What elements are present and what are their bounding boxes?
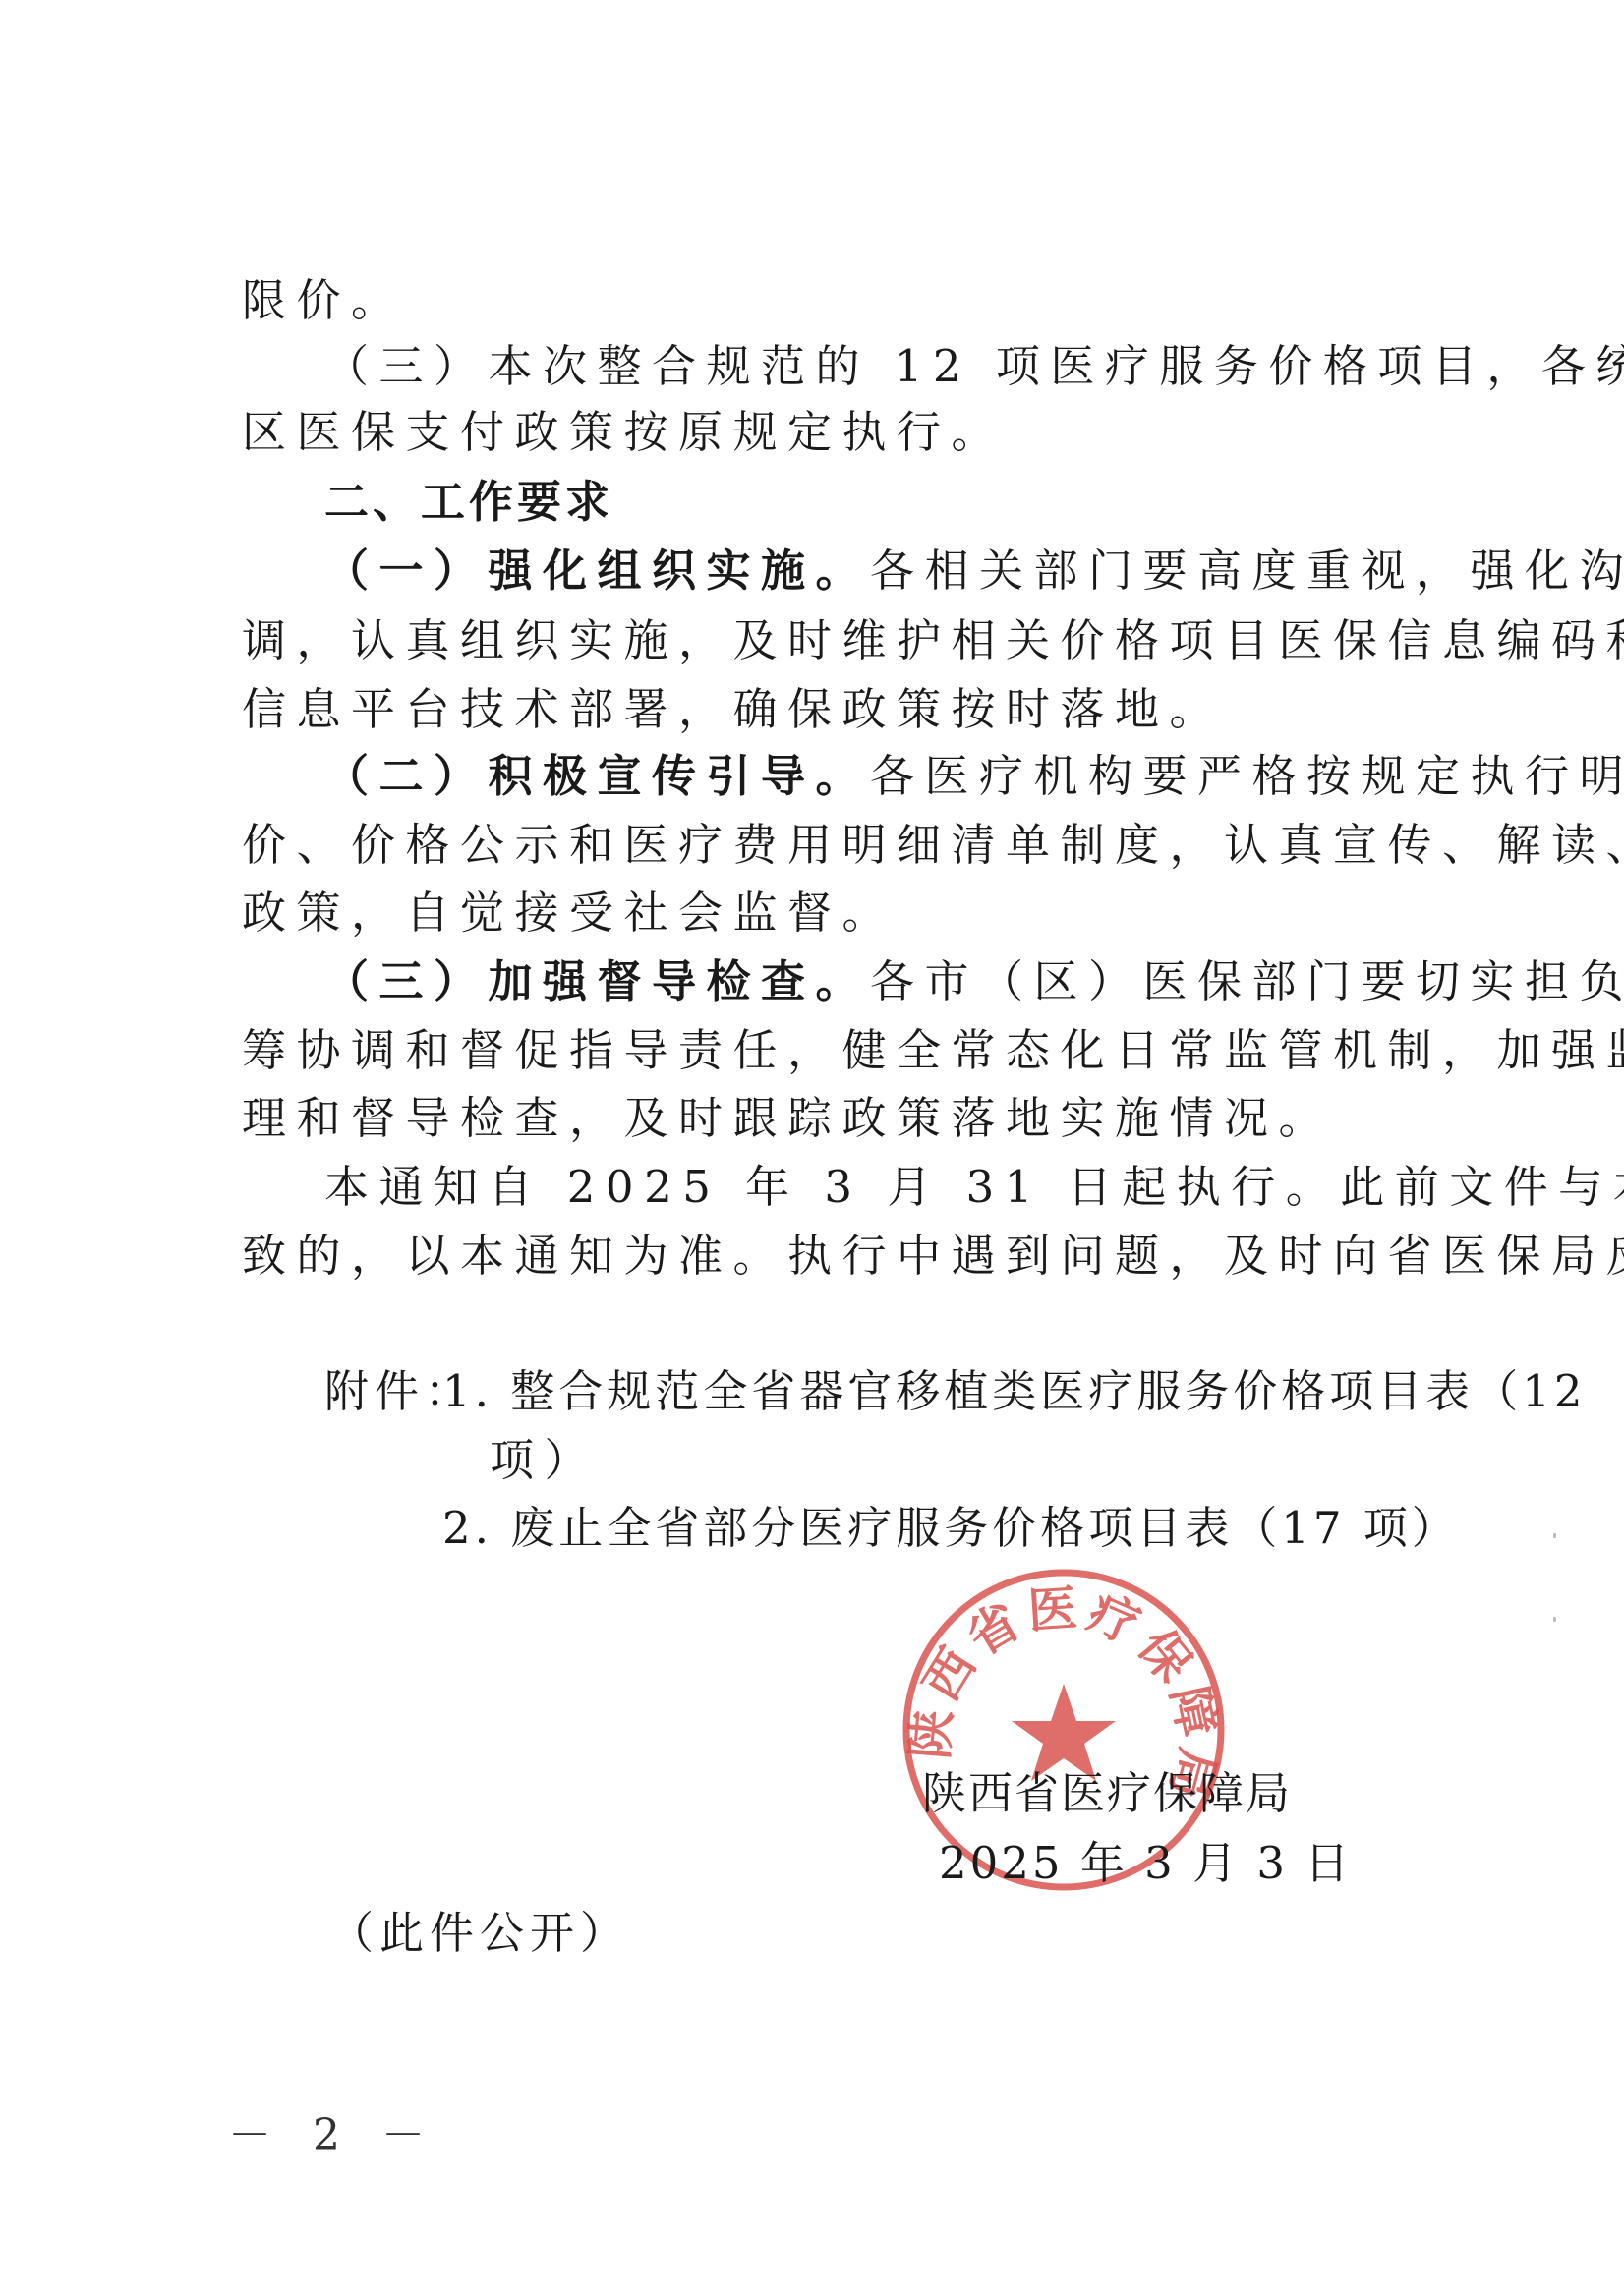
attachment-item-1[interactable]: 1. 整合规范全省器官移植类医疗服务价格项目表（12 [442,1362,1425,1421]
disclosure-note: （此件公开） [329,1904,630,1963]
effective-notice-line: 致的，以本通知为准。执行中遇到问题，及时向省医保局反馈。 [242,1227,1421,1286]
body-line: 限价。 [242,271,1421,330]
body-line: 信息平台技术部署，确保政策按时落地。 [242,680,1421,739]
page-number: － 2 － [228,2111,438,2160]
scan-artifact [1553,1533,1556,1538]
body-line: 理和督导检查，及时跟踪政策落地实施情况。 [242,1089,1421,1148]
body-line: 政策，自觉接受社会监督。 [242,884,1421,943]
effective-notice-line: 本通知自 2025 年 3 月 31 日起执行。此前文件与本通知不一 [324,1158,1504,1217]
requirement-2-lead: （二）积极宣传引导。 [324,750,870,802]
signature-date: 2025 年 3 月 3 日 [939,1834,1352,1893]
requirement-1: （一）强化组织实施。各相关部门要高度重视，强化沟通协 [324,542,1504,601]
requirement-1-lead: （一）强化组织实施。 [324,545,870,597]
requirement-3-lead: （三）加强督导检查。 [324,955,870,1007]
body-line: 价、价格公示和医疗费用明细清单制度，认真宣传、解读、执行 [242,816,1421,875]
section-heading: 二、工作要求 [324,473,1504,532]
requirement-2: （二）积极宣传引导。各医疗机构要严格按规定执行明码标 [324,747,1504,806]
body-line: （三）本次整合规范的 12 项医疗服务价格项目，各统筹地 [324,337,1504,396]
requirement-3-text: 各市（区）医保部门要切实担负起统 [870,955,1624,1007]
body-line: 筹协调和督促指导责任，健全常态化日常监管机制，加强监督管 [242,1021,1421,1080]
requirement-2-text: 各医疗机构要严格按规定执行明码标 [870,750,1624,802]
scan-artifact [1553,1617,1556,1622]
attachments-label: 附件： [324,1362,452,1421]
requirement-1-text: 各相关部门要高度重视，强化沟通协 [870,545,1624,597]
body-line: 区医保支付政策按原规定执行。 [242,403,1421,462]
requirement-3: （三）加强督导检查。各市（区）医保部门要切实担负起统 [324,952,1504,1011]
attachment-item-2[interactable]: 2. 废止全省部分医疗服务价格项目表（17 项） [442,1499,1425,1558]
signature-organization: 陕西省医疗保障局 [922,1764,1292,1823]
attachment-item-1-continued[interactable]: 项） [490,1431,686,1490]
body-line: 调，认真组织实施，及时维护相关价格项目医保信息编码和医保 [242,611,1421,670]
